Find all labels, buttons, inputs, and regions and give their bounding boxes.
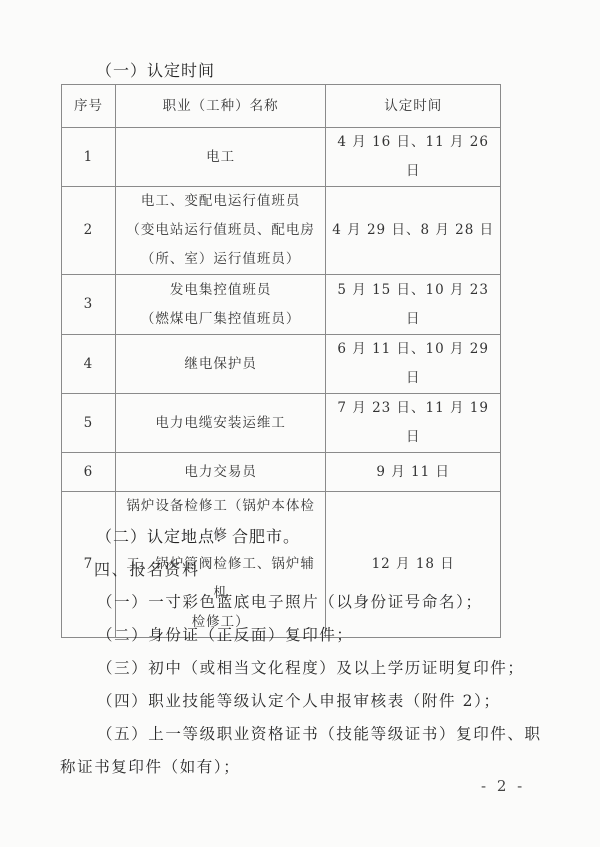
- row-occupation: 电力电缆安装运维工: [115, 394, 326, 453]
- row-occupation: 电工: [115, 128, 326, 187]
- row-date: 4 月 29 日、8 月 28 日: [326, 187, 501, 275]
- occupation-line: （所、室）运行值班员）: [120, 245, 322, 274]
- row-occupation: 继电保护员: [115, 335, 326, 394]
- row-date: 7 月 23 日、11 月 19 日: [326, 394, 501, 453]
- occupation-line: 电工: [120, 143, 322, 172]
- table-row: 3 发电集控值班员 （燃煤电厂集控值班员） 5 月 15 日、10 月 23 日: [62, 275, 501, 335]
- row-occupation: 发电集控值班员 （燃煤电厂集控值班员）: [115, 275, 326, 335]
- document-page: （一）认定时间 序号 职业（工种）名称 认定时间 1 电工 4 月 16 日、1…: [0, 0, 600, 847]
- row-date: 5 月 15 日、10 月 23 日: [326, 275, 501, 335]
- header-no: 序号: [62, 85, 116, 128]
- header-date: 认定时间: [326, 85, 501, 128]
- row-no: 5: [62, 394, 116, 453]
- header-occupation: 职业（工种）名称: [115, 85, 326, 128]
- row-date: 4 月 16 日、11 月 26 日: [326, 128, 501, 187]
- row-no: 2: [62, 187, 116, 275]
- materials-item-2: （二）身份证（正反面）复印件；: [97, 623, 354, 645]
- row-occupation: 电工、变配电运行值班员 （变电站运行值班员、配电房 （所、室）运行值班员）: [115, 187, 326, 275]
- materials-item-4: （四）职业技能等级认定个人申报审核表（附件 2）；: [97, 689, 501, 711]
- row-occupation: 电力交易员: [115, 453, 326, 492]
- occupation-line: 电力电缆安装运维工: [120, 409, 322, 438]
- table-row: 2 电工、变配电运行值班员 （变电站运行值班员、配电房 （所、室）运行值班员） …: [62, 187, 501, 275]
- section-title-certification-time: （一）认定时间: [96, 58, 215, 81]
- table-header-row: 序号 职业（工种）名称 认定时间: [62, 85, 501, 128]
- occupation-line: （燃煤电厂集控值班员）: [120, 305, 322, 334]
- page-number: - 2 -: [481, 777, 525, 795]
- materials-item-5: （五）上一等级职业资格证书（技能等级证书）复印件、职: [97, 722, 542, 744]
- row-date: 9 月 11 日: [326, 453, 501, 492]
- row-date: 12 月 18 日: [326, 492, 501, 638]
- table-row: 5 电力电缆安装运维工 7 月 23 日、11 月 19 日: [62, 394, 501, 453]
- section-location: （二）认定地点：合肥市。: [96, 524, 300, 547]
- table-row: 4 继电保护员 6 月 11 日、10 月 29 日: [62, 335, 501, 394]
- occupation-line: 电力交易员: [120, 458, 322, 487]
- table-row: 6 电力交易员 9 月 11 日: [62, 453, 501, 492]
- row-date: 6 月 11 日、10 月 29 日: [326, 335, 501, 394]
- occupation-line: 电工、变配电运行值班员: [120, 187, 322, 216]
- certification-schedule-table: 序号 职业（工种）名称 认定时间 1 电工 4 月 16 日、11 月 26 日…: [61, 84, 501, 638]
- row-no: 3: [62, 275, 116, 335]
- row-no: 4: [62, 335, 116, 394]
- row-no: 6: [62, 453, 116, 492]
- occupation-line: （变电站运行值班员、配电房: [120, 216, 322, 245]
- materials-item-3: （三）初中（或相当文化程度）及以上学历证明复印件；: [97, 656, 525, 678]
- table-row: 1 电工 4 月 16 日、11 月 26 日: [62, 128, 501, 187]
- materials-item-1: （一）一寸彩色蓝底电子照片（以身份证号命名）；: [97, 590, 483, 612]
- materials-item-5-continuation: 称证书复印件（如有）；: [60, 755, 240, 777]
- occupation-line: 继电保护员: [120, 350, 322, 379]
- row-no: 1: [62, 128, 116, 187]
- occupation-line: 发电集控值班员: [120, 276, 322, 305]
- section-title-materials: 四、报名资料: [94, 557, 200, 580]
